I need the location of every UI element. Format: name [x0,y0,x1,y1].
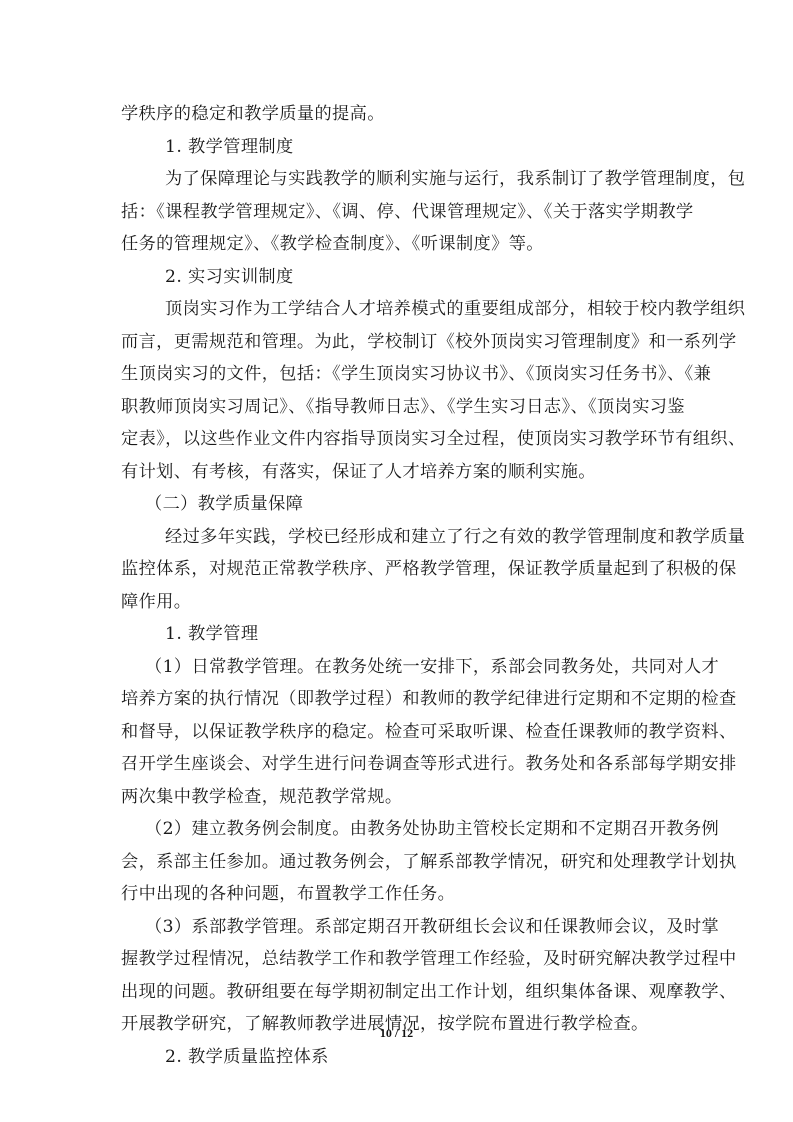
text-line: 2. 教学质量监控体系 [121,1041,674,1074]
text-line: 召开学生座谈会、对学生进行问卷调查等形式进行。教务处和各系部每学期安排 [121,748,674,781]
text-line: 培养方案的执行情况（即教学过程）和教师的教学纪律进行定期和不定期的检查 [121,683,674,716]
text-line: 而言，更需规范和管理。为此，学校制订《校外顶岗实习管理制度》和一系列学 [121,326,674,359]
text-line: 两次集中教学检查，规范教学常规。 [121,781,674,814]
text-line: 学秩序的稳定和教学质量的提高。 [121,98,674,131]
text-line: 障作用。 [121,586,674,619]
text-line: 会，系部主任参加。通过教务例会，了解系部教学情况，研究和处理教学计划执 [121,846,674,879]
text-line: 括：《课程教学管理规定》、《调、停、代课管理规定》、《关于落实学期教学 [121,196,674,229]
text-line: 顶岗实习作为工学结合人才培养模式的重要组成部分，相较于校内教学组织 [121,293,674,326]
text-line: （1）日常教学管理。在教务处统一安排下，系部会同教务处，共同对人才 [121,651,674,684]
text-line: 定表》，以这些作业文件内容指导顶岗实习全过程，使顶岗实习教学环节有组织、 [121,423,674,456]
text-line: 监控体系，对规范正常教学秩序、严格教学管理，保证教学质量起到了积极的保 [121,553,674,586]
text-line: 有计划、有考核，有落实，保证了人才培养方案的顺利实施。 [121,456,674,489]
text-line: 职教师顶岗实习周记》、《指导教师日志》、《学生实习日志》、《顶岗实习鉴 [121,391,674,424]
text-line: 出现的问题。教研组要在每学期初制定出工作计划，组织集体备课、观摩教学、 [121,976,674,1009]
text-line: （2）建立教务例会制度。由教务处协助主管校长定期和不定期召开教务例 [121,813,674,846]
text-line: 1. 教学管理 [121,618,674,651]
document-page-body: 学秩序的稳定和教学质量的提高。1. 教学管理制度为了保障理论与实践教学的顺利实施… [121,98,674,1073]
text-line: 2. 实习实训制度 [121,261,674,294]
text-line: 握教学过程情况，总结教学工作和教学管理工作经验，及时研究解决教学过程中 [121,943,674,976]
text-line: 生顶岗实习的文件，包括：《学生顶岗实习协议书》、《顶岗实习任务书》、《兼 [121,358,674,391]
text-line: 行中出现的各种问题，布置教学工作任务。 [121,878,674,911]
text-line: 1. 教学管理制度 [121,131,674,164]
page-number: 10 / 12 [0,1026,793,1041]
text-line: 和督导，以保证教学秩序的稳定。检查可采取听课、检查任课教师的教学资料、 [121,716,674,749]
text-line: 为了保障理论与实践教学的顺利实施与运行，我系制订了教学管理制度，包 [121,163,674,196]
text-line: 任务的管理规定》、《教学检查制度》、《听课制度》等。 [121,228,674,261]
text-line: （二）教学质量保障 [121,488,674,521]
text-line: （3）系部教学管理。系部定期召开教研组长会议和任课教师会议，及时掌 [121,911,674,944]
text-line: 经过多年实践，学校已经形成和建立了行之有效的教学管理制度和教学质量 [121,521,674,554]
